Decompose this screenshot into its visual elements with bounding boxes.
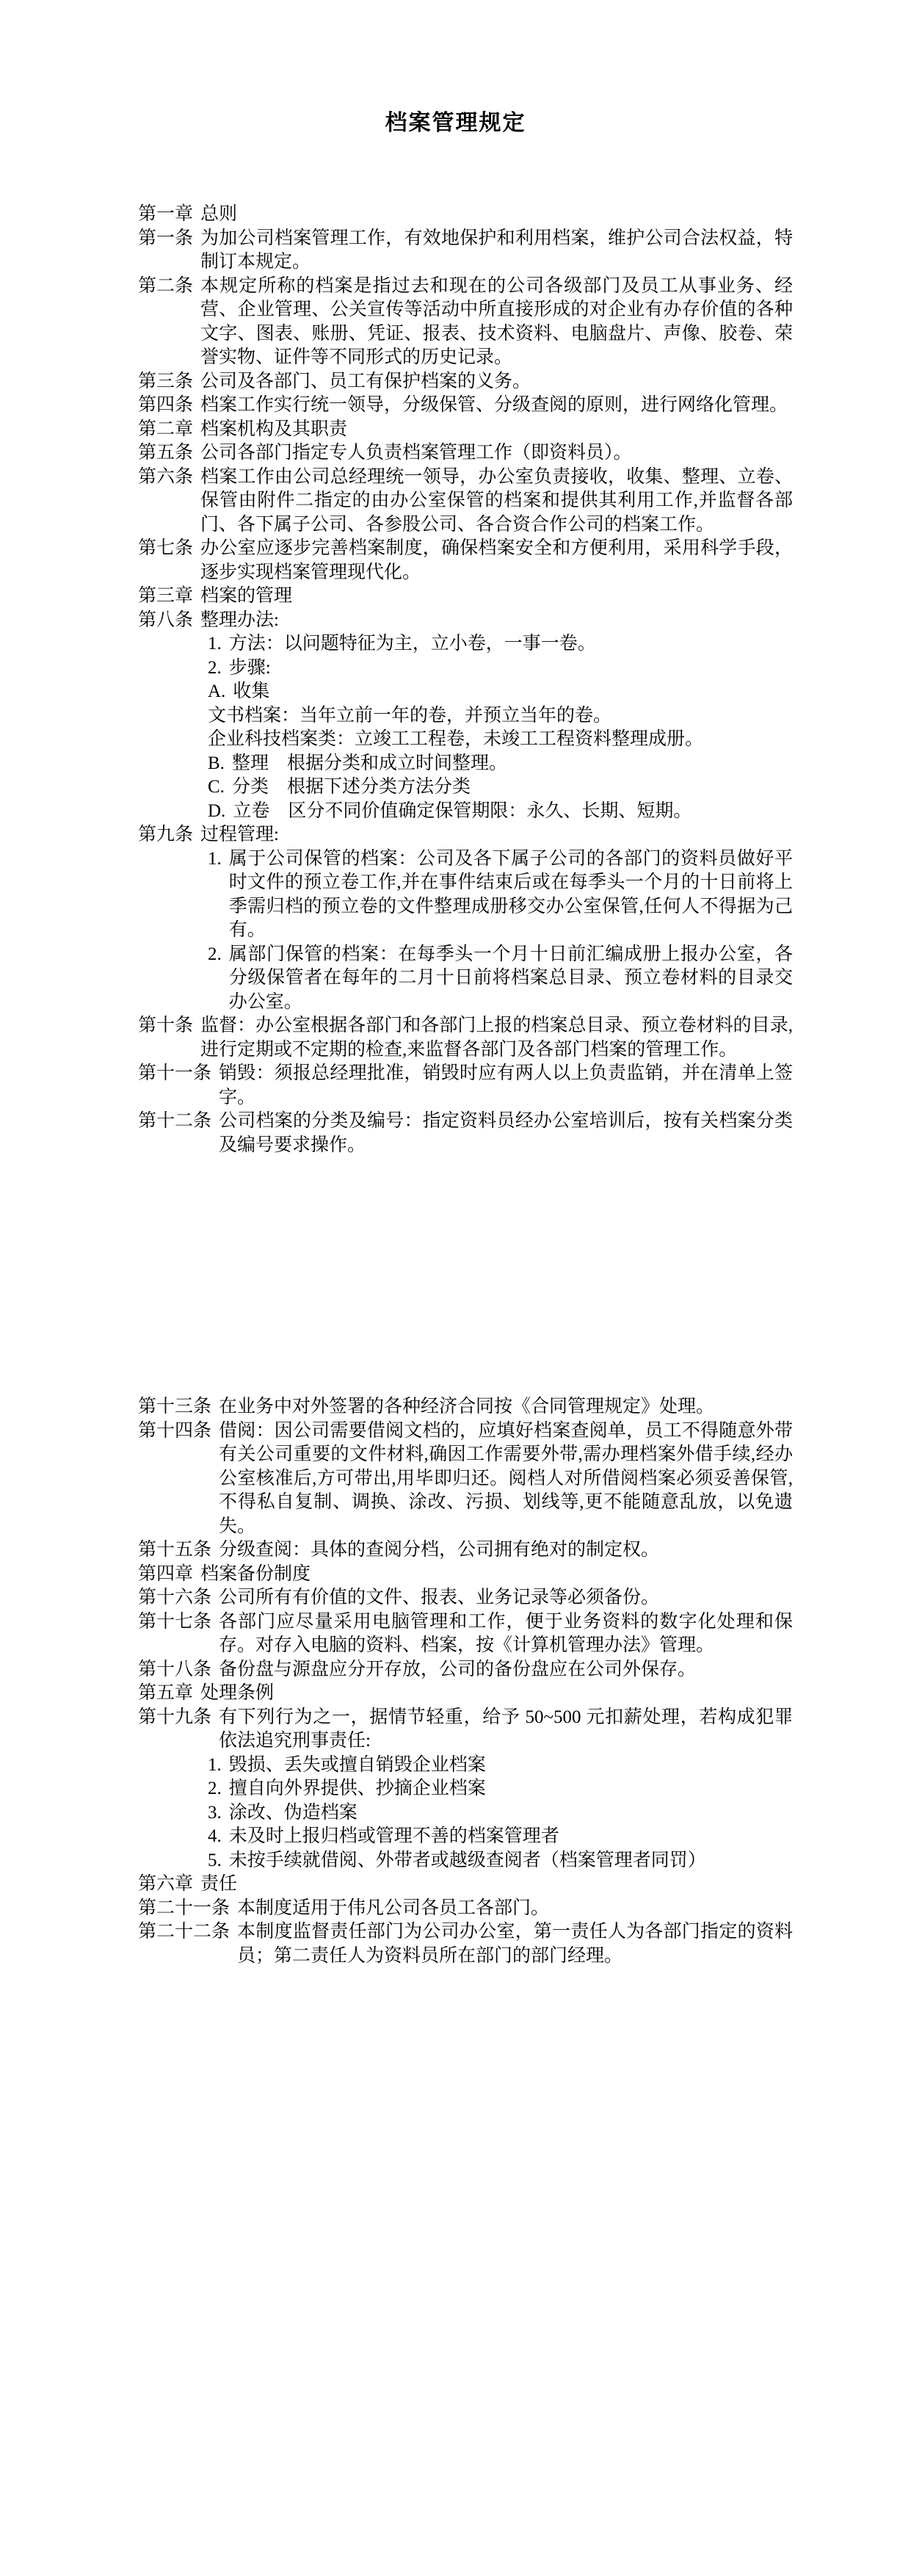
paragraph-text: 备份盘与源盘应分开存放，公司的备份盘应在公司外保存。	[219, 1658, 793, 1682]
paragraph-text: 立卷 区分不同价值确定保管期限：永久、长期、短期。	[233, 800, 793, 824]
article-paragraph: 第六条档案工作由公司总经理统一领导，办公室负责接收，收集、整理、立卷、保管由附件…	[138, 466, 793, 538]
article-label: 第二十二条	[138, 1920, 230, 1944]
article-paragraph: 第二十二条本制度监督责任部门为公司办公室，第一责任人为各部门指定的资料员；第二责…	[138, 1920, 793, 1968]
chapter-label: 第四章	[138, 1563, 193, 1587]
item-marker: 4.	[208, 1825, 222, 1849]
list-item: 4.未及时上报归档或管理不善的档案管理者	[138, 1825, 793, 1849]
chapter-heading: 第四章档案备份制度	[138, 1563, 793, 1587]
article-paragraph: 第十七条各部门应尽量采用电脑管理和工作，便于业务资料的数字化处理和保存。对存入电…	[138, 1610, 793, 1658]
chapter-heading: 第五章处理条例	[138, 1682, 793, 1706]
chapter-label: 第六章	[138, 1873, 193, 1897]
article-paragraph: 第十四条借阅：因公司需要借阅文档的，应填好档案查阅单，员工不得随意外带有关公司重…	[138, 1419, 793, 1539]
chapter-label: 第二章	[138, 418, 193, 442]
document-title: 档案管理规定	[0, 110, 911, 137]
article-paragraph: 第七条办公室应逐步完善档案制度，确保档案安全和方便利用，采用科学手段，逐步实现档…	[138, 537, 793, 585]
article-paragraph: 第三条公司及各部门、员工有保护档案的义务。	[138, 370, 793, 394]
paragraph-text: 档案工作实行统一领导，分级保管、分级查阅的原则，进行网络化管理。	[200, 394, 793, 418]
article-label: 第十二条	[138, 1110, 211, 1134]
article-paragraph: 第十一条销毁：须报总经理批准，销毁时应有两人以上负责监销，并在清单上签字。	[138, 1062, 793, 1110]
item-marker: 2.	[208, 943, 222, 967]
page2-text-block: 第十三条在业务中对外签署的各种经济合同按《合同管理规定》处理。第十四条借阅：因公…	[138, 1395, 793, 1968]
article-label: 第十六条	[138, 1586, 211, 1610]
item-marker: 1.	[208, 847, 222, 872]
list-item: 3.涂改、伪造档案	[138, 1801, 793, 1826]
list-item: 5.未按手续就借阅、外带者或越级查阅者（档案管理者同罚）	[138, 1849, 793, 1873]
list-item: B.整理 根据分类和成立时间整理。	[138, 752, 793, 776]
article-label: 第十七条	[138, 1610, 211, 1635]
article-label: 第四条	[138, 394, 193, 418]
article-label: 第十四条	[138, 1419, 211, 1444]
list-item: 1.方法：以问题特征为主，立小卷，一事一卷。	[138, 632, 793, 656]
paragraph-text: 擅自向外界提供、抄摘企业档案	[229, 1777, 793, 1801]
list-item: A.收集	[138, 680, 793, 704]
paragraph-text: 整理 根据分类和成立时间整理。	[232, 752, 793, 776]
paragraph-text: 档案的管理	[200, 585, 793, 609]
chapter-heading: 第六章责任	[138, 1873, 793, 1897]
paragraph-text: 过程管理:	[200, 823, 793, 847]
chapter-heading: 第二章档案机构及其职责	[138, 418, 793, 442]
paragraph-text: 涂改、伪造档案	[229, 1801, 793, 1826]
article-paragraph: 第四条档案工作实行统一领导，分级保管、分级查阅的原则，进行网络化管理。	[138, 394, 793, 418]
chapter-heading: 第一章总则	[138, 203, 793, 227]
paragraph-text: 档案备份制度	[200, 1563, 793, 1587]
list-item: D.立卷 区分不同价值确定保管期限：永久、长期、短期。	[138, 800, 793, 824]
chapter-label: 第五章	[138, 1682, 193, 1706]
paragraph-text: 档案工作由公司总经理统一领导，办公室负责接收，收集、整理、立卷、保管由附件二指定…	[200, 466, 793, 538]
item-marker: 2.	[208, 1777, 222, 1801]
chapter-heading: 第三章档案的管理	[138, 585, 793, 609]
article-label: 第二条	[138, 275, 193, 299]
article-paragraph: 第十三条在业务中对外签署的各种经济合同按《合同管理规定》处理。	[138, 1395, 793, 1419]
paragraph-text: 公司及各部门、员工有保护档案的义务。	[200, 370, 793, 394]
paragraph-text: 责任	[200, 1873, 793, 1897]
paragraph-text: 为加公司档案管理工作，有效地保护和利用档案，维护公司合法权益，特制订本规定。	[200, 227, 793, 275]
paragraph-text: 步骤:	[229, 656, 793, 681]
article-paragraph: 第十六条公司所有有价值的文件、报表、业务记录等必须备份。	[138, 1586, 793, 1610]
paragraph-text: 办公室应逐步完善档案制度，确保档案安全和方便利用，采用科学手段，逐步实现档案管理…	[200, 537, 793, 585]
article-label: 第十条	[138, 1014, 193, 1038]
paragraph-text: 属于公司保管的档案：公司及各下属子公司的各部门的资料员做好平时文件的预立卷工作,…	[229, 847, 793, 943]
article-label: 第六条	[138, 466, 193, 490]
article-paragraph: 第十八条备份盘与源盘应分开存放，公司的备份盘应在公司外保存。	[138, 1658, 793, 1682]
text-line: 企业科技档案类：立竣工工程卷，未竣工工程资料整理成册。	[138, 728, 793, 752]
paragraph-text: 各部门应尽量采用电脑管理和工作，便于业务资料的数字化处理和保存。对存入电脑的资料…	[219, 1610, 793, 1658]
paragraph-text: 处理条例	[200, 1682, 793, 1706]
paragraph-text: 公司各部门指定专人负责档案管理工作（即资料员）。	[200, 441, 793, 466]
paragraph-text: 本制度适用于伟凡公司各员工各部门。	[237, 1897, 793, 1921]
paragraph-text: 整理办法:	[200, 609, 793, 633]
chapter-label: 第三章	[138, 585, 193, 609]
paragraph-text: 分类 根据下述分类方法分类	[232, 775, 793, 800]
item-marker: 1.	[208, 1754, 222, 1778]
item-marker: 1.	[208, 632, 222, 656]
item-marker: C.	[208, 775, 225, 800]
paragraph-text: 未及时上报归档或管理不善的档案管理者	[229, 1825, 793, 1849]
article-paragraph: 第八条整理办法:	[138, 609, 793, 633]
item-marker: 3.	[208, 1801, 222, 1826]
item-marker: A.	[208, 680, 225, 704]
list-item: 2.步骤:	[138, 656, 793, 681]
paragraph-text: 方法：以问题特征为主，立小卷，一事一卷。	[229, 632, 793, 656]
paragraph-text: 本规定所称的档案是指过去和现在的公司各级部门及员工从事业务、经营、企业管理、公关…	[200, 275, 793, 370]
article-label: 第十一条	[138, 1062, 211, 1086]
list-item: 2.属部门保管的档案：在每季头一个月十日前汇编成册上报办公室，各分级保管者在每年…	[138, 943, 793, 1015]
article-label: 第五条	[138, 441, 193, 466]
paragraph-text: 分级查阅：具体的查阅分档，公司拥有绝对的制定权。	[219, 1538, 793, 1563]
chapter-label: 第一章	[138, 203, 193, 227]
article-paragraph: 第十五条分级查阅：具体的查阅分档，公司拥有绝对的制定权。	[138, 1538, 793, 1563]
article-paragraph: 第五条公司各部门指定专人负责档案管理工作（即资料员）。	[138, 441, 793, 466]
article-label: 第一条	[138, 227, 193, 251]
item-marker: B.	[208, 752, 225, 776]
article-paragraph: 第二十一条本制度适用于伟凡公司各员工各部门。	[138, 1897, 793, 1921]
list-item: 1.毁损、丢失或擅自销毁企业档案	[138, 1754, 793, 1778]
article-paragraph: 第十条监督：办公室根据各部门和各部门上报的档案总目录、预立卷材料的目录,进行定期…	[138, 1014, 793, 1062]
paragraph-text: 有下列行为之一，据情节轻重，给予 50~500 元扣薪处理，若构成犯罪依法追究刑…	[219, 1706, 793, 1754]
item-marker: 5.	[208, 1849, 222, 1873]
article-label: 第十九条	[138, 1706, 211, 1730]
list-item: 2.擅自向外界提供、抄摘企业档案	[138, 1777, 793, 1801]
paragraph-text: 总则	[200, 203, 793, 227]
page1-text-block: 第一章总则第一条为加公司档案管理工作，有效地保护和利用档案，维护公司合法权益，特…	[138, 203, 793, 1157]
paragraph-text: 公司档案的分类及编号：指定资料员经办公室培训后，按有关档案分类及编号要求操作。	[219, 1110, 793, 1157]
paragraph-text: 文书档案：当年立前一年的卷，并预立当年的卷。	[208, 704, 793, 728]
article-label: 第十八条	[138, 1658, 211, 1682]
paragraph-text: 企业科技档案类：立竣工工程卷，未竣工工程资料整理成册。	[208, 728, 793, 752]
paragraph-text: 公司所有有价值的文件、报表、业务记录等必须备份。	[219, 1586, 793, 1610]
article-label: 第七条	[138, 537, 193, 561]
paragraph-text: 监督：办公室根据各部门和各部门上报的档案总目录、预立卷材料的目录,进行定期或不定…	[200, 1014, 793, 1062]
article-paragraph: 第十九条有下列行为之一，据情节轻重，给予 50~500 元扣薪处理，若构成犯罪依…	[138, 1706, 793, 1754]
paragraph-text: 本制度监督责任部门为公司办公室，第一责任人为各部门指定的资料员；第二责任人为资料…	[237, 1920, 793, 1968]
list-item: C.分类 根据下述分类方法分类	[138, 775, 793, 800]
paragraph-text: 属部门保管的档案：在每季头一个月十日前汇编成册上报办公室，各分级保管者在每年的二…	[229, 943, 793, 1015]
article-label: 第十三条	[138, 1395, 211, 1419]
document-page: 档案管理规定 第一章总则第一条为加公司档案管理工作，有效地保护和利用档案，维护公…	[0, 0, 911, 2576]
article-paragraph: 第九条过程管理:	[138, 823, 793, 847]
paragraph-text: 收集	[233, 680, 793, 704]
paragraph-text: 毁损、丢失或擅自销毁企业档案	[229, 1754, 793, 1778]
list-item: 1.属于公司保管的档案：公司及各下属子公司的各部门的资料员做好平时文件的预立卷工…	[138, 847, 793, 943]
paragraph-text: 档案机构及其职责	[200, 418, 793, 442]
paragraph-text: 在业务中对外签署的各种经济合同按《合同管理规定》处理。	[219, 1395, 793, 1419]
article-paragraph: 第十二条公司档案的分类及编号：指定资料员经办公室培训后，按有关档案分类及编号要求…	[138, 1110, 793, 1157]
article-label: 第九条	[138, 823, 193, 847]
paragraph-text: 借阅：因公司需要借阅文档的，应填好档案查阅单，员工不得随意外带有关公司重要的文件…	[219, 1419, 793, 1539]
paragraph-text: 未按手续就借阅、外带者或越级查阅者（档案管理者同罚）	[229, 1849, 793, 1873]
text-line: 文书档案：当年立前一年的卷，并预立当年的卷。	[138, 704, 793, 728]
item-marker: D.	[208, 800, 225, 824]
article-label: 第八条	[138, 609, 193, 633]
paragraph-text: 销毁：须报总经理批准，销毁时应有两人以上负责监销，并在清单上签字。	[219, 1062, 793, 1110]
article-label: 第十五条	[138, 1538, 211, 1563]
article-paragraph: 第一条为加公司档案管理工作，有效地保护和利用档案，维护公司合法权益，特制订本规定…	[138, 227, 793, 275]
article-label: 第二十一条	[138, 1897, 230, 1921]
item-marker: 2.	[208, 656, 222, 681]
article-paragraph: 第二条本规定所称的档案是指过去和现在的公司各级部门及员工从事业务、经营、企业管理…	[138, 275, 793, 370]
article-label: 第三条	[138, 370, 193, 394]
